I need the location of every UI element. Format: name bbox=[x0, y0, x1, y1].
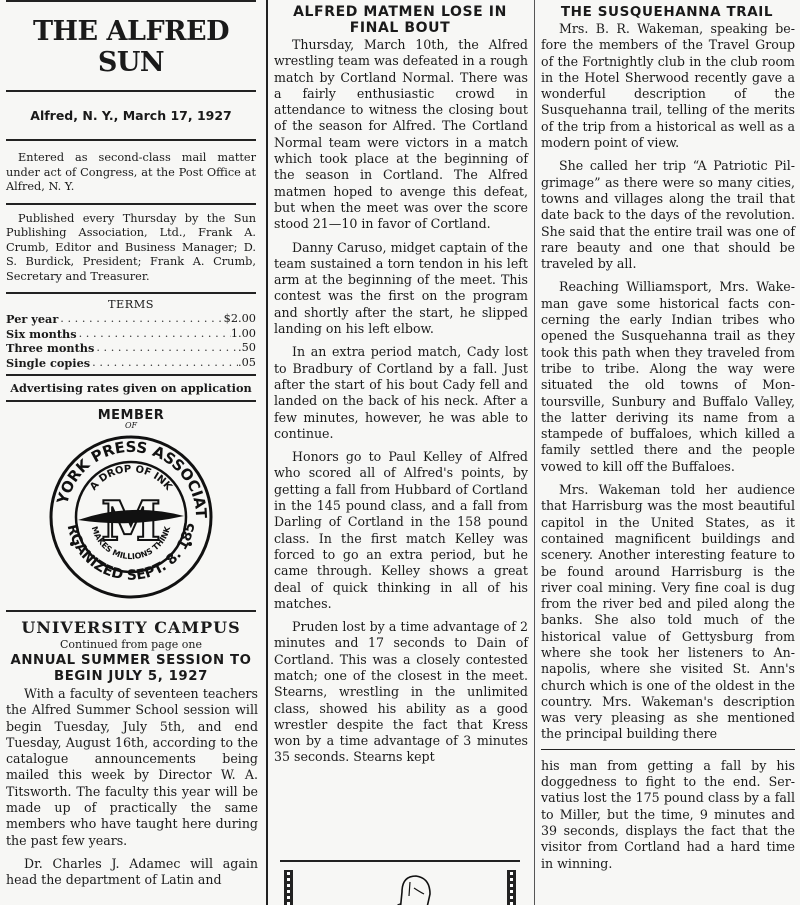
article-paragraph: Thursday, March 10th, the Alfred wrestli… bbox=[274, 37, 528, 233]
entered-notice: Entered as second-class mail matter unde… bbox=[0, 141, 262, 203]
newspaper-title: THE ALFRED SUN bbox=[0, 2, 262, 90]
column-masthead: THE ALFRED SUN Alfred, N. Y., March 17, … bbox=[0, 0, 262, 905]
leader-dots bbox=[58, 312, 223, 327]
advertising-note: Advertising rates given on application bbox=[0, 376, 262, 400]
film-strip-icon bbox=[507, 870, 516, 905]
terms-row: Three months.50 bbox=[0, 341, 262, 356]
article-paragraph: Pruden lost by a time advantage of 2 min… bbox=[274, 619, 528, 766]
leader-dots bbox=[90, 356, 238, 371]
column-susquehanna: THE SUSQUEHANNA TRAIL Mrs. B. R. Wakeman… bbox=[534, 0, 799, 905]
article-paragraph: Danny Caruso, midget captain of the team… bbox=[274, 240, 528, 338]
member-of-label: OF bbox=[0, 421, 262, 430]
terms-price: 1.00 bbox=[231, 327, 256, 342]
article-paragraph: Dr. Charles J. Adamec will again head th… bbox=[6, 856, 258, 889]
seal-emblem-icon: NEW YORK PRESS ASSOCIATION ORGANIZED SEP… bbox=[46, 432, 216, 602]
article-paragraph: Reaching Williamsport, Mrs. Wake­man gav… bbox=[541, 279, 795, 475]
terms-box: TERMS Per year$2.00 Six months1.00 Three… bbox=[0, 298, 262, 370]
article-headline: THE SUSQUEHANNA TRAIL bbox=[539, 4, 795, 20]
terms-price: $2.00 bbox=[224, 312, 256, 327]
terms-label: Single copies bbox=[6, 356, 90, 371]
leader-dots bbox=[77, 327, 231, 342]
press-association-seal: MEMBER OF NEW YORK PRESS ASSOCIATION ORG… bbox=[0, 402, 262, 602]
terms-row: Per year$2.00 bbox=[0, 312, 262, 327]
divider bbox=[6, 292, 256, 294]
article-headline: ALFRED MATMEN LOSE IN FINAL BOUT bbox=[272, 4, 528, 36]
article-headline: ANNUAL SUMMER SESSION TO BEGIN JULY 5, 1… bbox=[4, 653, 258, 685]
column-wrestling: ALFRED MATMEN LOSE IN FINAL BOUT Thursda… bbox=[266, 0, 532, 905]
terms-label: Three months bbox=[6, 341, 94, 356]
divider bbox=[541, 749, 795, 750]
terms-row: Six months1.00 bbox=[0, 327, 262, 342]
article-paragraph: In an extra period match, Cady lost to B… bbox=[274, 344, 528, 442]
dateline: Alfred, N. Y., March 17, 1927 bbox=[0, 92, 262, 139]
terms-row: Single copies.05 bbox=[0, 356, 262, 371]
advertisement-illustration bbox=[280, 870, 520, 905]
article-paragraph: With a faculty of seventeen teachers the… bbox=[6, 686, 258, 849]
article-paragraph: She called her trip “A Patriotic Pil­gri… bbox=[541, 158, 795, 272]
section-heading: UNIVERSITY CAMPUS bbox=[0, 618, 262, 637]
figure-sketch-icon bbox=[390, 872, 450, 905]
film-strip-icon bbox=[284, 870, 293, 905]
terms-title: TERMS bbox=[0, 298, 262, 311]
article-paragraph: Mrs. B. R. Wakeman, speaking be­fore the… bbox=[541, 21, 795, 151]
continued-note: Continued from page one bbox=[0, 638, 262, 651]
wrestling-continuation: his man from getting a fall by his dogge… bbox=[541, 758, 795, 872]
terms-label: Six months bbox=[6, 327, 77, 342]
leader-dots bbox=[94, 341, 238, 356]
article-paragraph: Mrs. Wakeman told her audience that Harr… bbox=[541, 482, 795, 743]
publisher-notice: Published every Thursday by the Sun Publ… bbox=[0, 205, 262, 293]
terms-price: .05 bbox=[238, 356, 256, 371]
terms-label: Per year bbox=[6, 312, 58, 327]
terms-price: .50 bbox=[238, 341, 256, 356]
article-paragraph: Honors go to Paul Kelley of Alfred who s… bbox=[274, 449, 528, 612]
divider bbox=[280, 860, 520, 862]
divider bbox=[6, 610, 256, 612]
